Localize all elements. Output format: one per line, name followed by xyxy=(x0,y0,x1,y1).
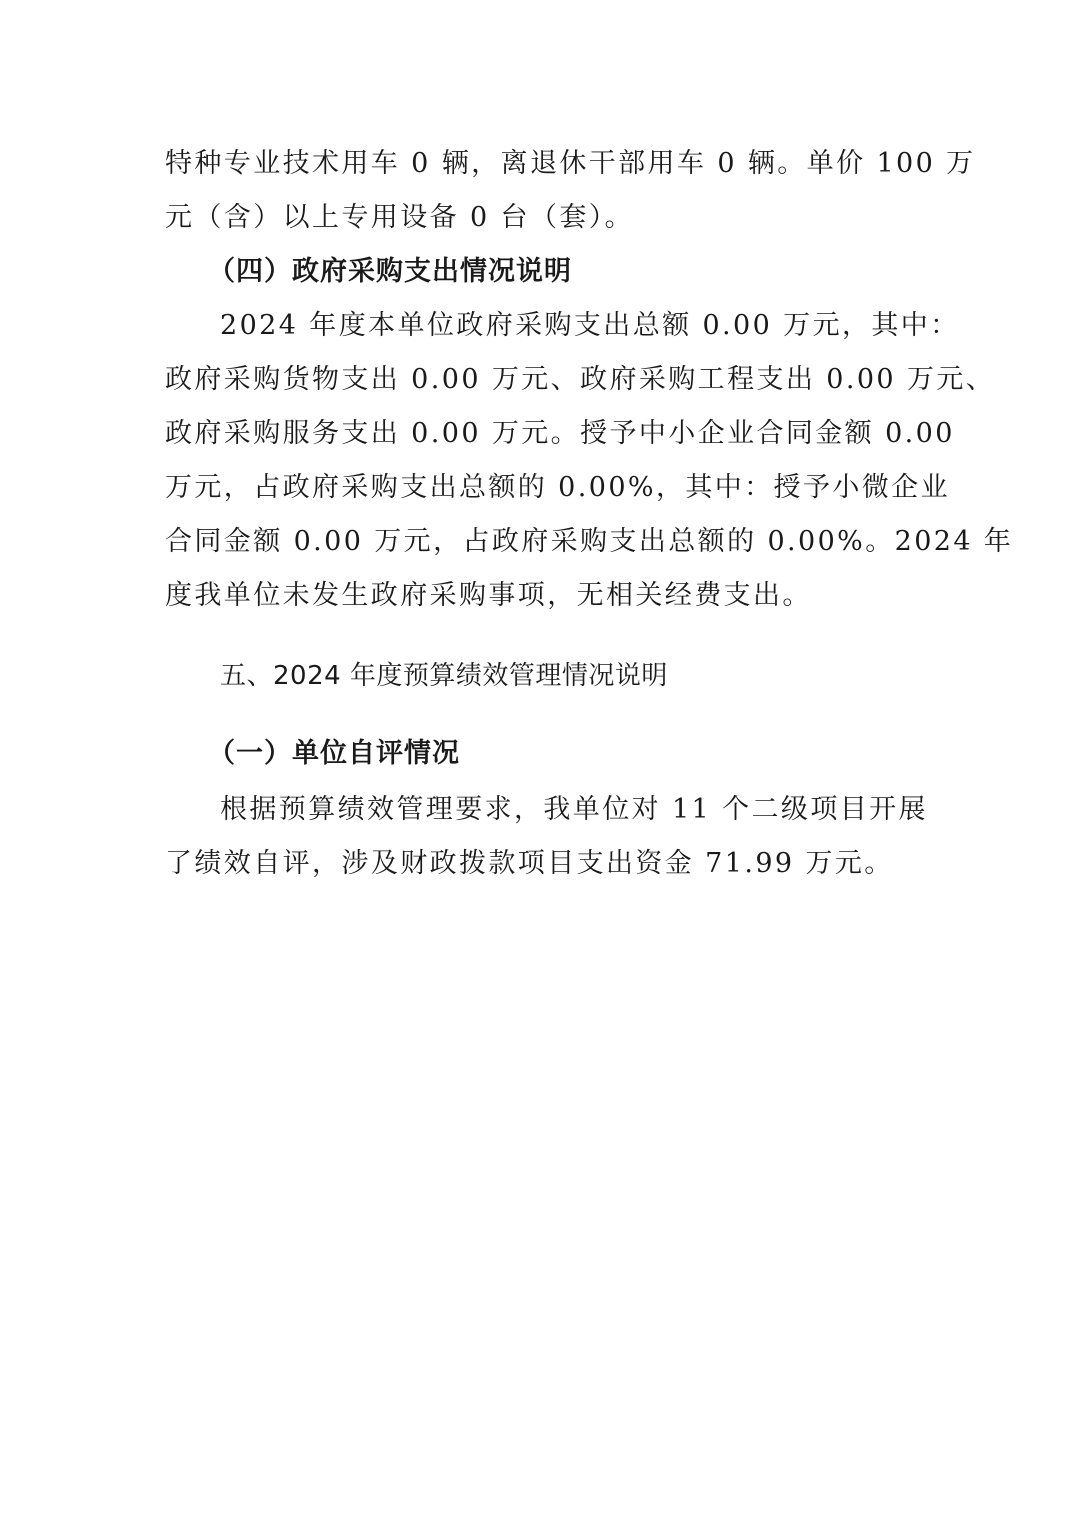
document-page: 特种专业技术用车 0 辆，离退休干部用车 0 辆。单价 100 万 元（含）以上… xyxy=(0,0,1075,1520)
paragraph-line: 根据预算绩效管理要求，我单位对 11 个二级项目开展 xyxy=(220,790,915,830)
paragraph-line: 政府采购服务支出 0.00 万元。授予中小企业合同金额 0.00 xyxy=(165,414,915,454)
paragraph-line: 万元，占政府采购支出总额的 0.00%，其中：授予小微企业 xyxy=(165,468,915,508)
paragraph-line: 了绩效自评，涉及财政拨款项目支出资金 71.99 万元。 xyxy=(165,844,915,884)
procurement-heading: （四）政府采购支出情况说明 xyxy=(208,252,958,292)
paragraph-line: 度我单位未发生政府采购事项，无相关经费支出。 xyxy=(165,576,915,616)
paragraph-line: 政府采购货物支出 0.00 万元、政府采购工程支出 0.00 万元、 xyxy=(165,360,915,400)
paragraph-line: 元（含）以上专用设备 0 台（套）。 xyxy=(165,198,915,238)
paragraph-line: 特种专业技术用车 0 辆，离退休干部用车 0 辆。单价 100 万 xyxy=(165,144,915,184)
paragraph-line: 2024 年度本单位政府采购支出总额 0.00 万元，其中： xyxy=(220,306,915,346)
self-evaluation-heading: （一）单位自评情况 xyxy=(208,734,958,774)
performance-section-heading: 五、2024 年度预算绩效管理情况说明 xyxy=(220,656,970,696)
paragraph-line: 合同金额 0.00 万元，占政府采购支出总额的 0.00%。2024 年 xyxy=(165,522,915,562)
